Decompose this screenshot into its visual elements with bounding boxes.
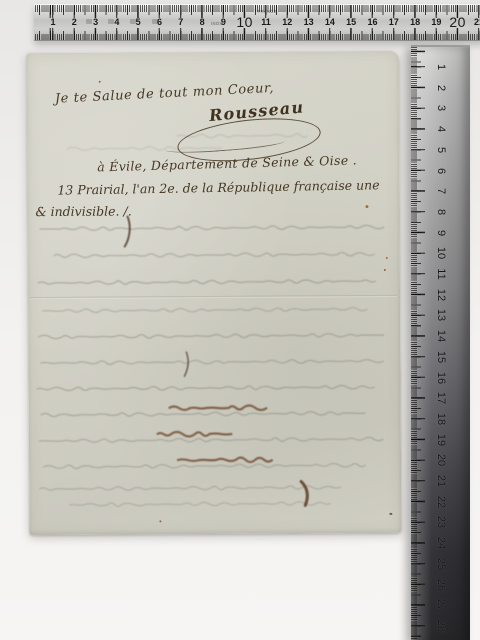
- ruler-number: 14: [435, 330, 447, 342]
- foxing-speck: [384, 269, 386, 271]
- ruler-number: 23: [435, 516, 447, 528]
- date-line-continuation: & indivisible. /.: [35, 204, 131, 220]
- ruler-number: 5: [435, 147, 447, 153]
- photo-stage: Je te Salue de tout mon Coeur, Rousseau …: [0, 0, 480, 640]
- ruler-number: 25: [435, 558, 447, 570]
- ruler-number: 10: [236, 14, 253, 30]
- ruler-number: 11: [435, 268, 447, 279]
- ruler-number: 12: [435, 289, 447, 301]
- ruler-number: 2: [435, 85, 447, 91]
- foxing-speck: [159, 520, 161, 522]
- ruler-number: 19: [431, 17, 441, 27]
- ruler-number: 28: [435, 620, 447, 632]
- ruler-number: 13: [304, 17, 314, 27]
- ruler-number: 5: [136, 17, 141, 27]
- ruler-number: 16: [435, 371, 447, 383]
- ruler-number: 21: [474, 17, 480, 27]
- etched-logo: [86, 19, 92, 24]
- ruler-number: 27: [435, 599, 447, 611]
- ruler-number: 8: [200, 17, 205, 27]
- ruler-number: 14: [325, 17, 335, 27]
- ruler-number: 6: [157, 17, 162, 27]
- ruler-number: 17: [389, 17, 399, 27]
- ruler-number: 20: [435, 454, 447, 466]
- horizontal-ruler: INOX FRANCE 1234567891011121314151617181…: [34, 4, 480, 41]
- vertical-ruler: 1234567891011121314151617181920212223242…: [411, 45, 470, 640]
- ruler-number: 18: [435, 413, 447, 425]
- ruler-number: 19: [435, 433, 447, 445]
- ruler-number: 4: [114, 17, 119, 27]
- foxing-speck: [389, 513, 392, 515]
- ruler-number: 4: [435, 126, 447, 132]
- ruler-number: 11: [261, 17, 271, 27]
- ruler-number: 3: [93, 17, 98, 27]
- ruler-number: 24: [435, 537, 447, 549]
- ruler-number: 12: [282, 17, 292, 27]
- ruler-number: 3: [435, 105, 447, 111]
- foxing-speck: [386, 257, 388, 259]
- manuscript-paper: Je te Salue de tout mon Coeur, Rousseau …: [27, 51, 402, 535]
- ruler-number: 21: [435, 475, 447, 487]
- ruler-number: 7: [435, 188, 447, 194]
- etched-logo: [108, 19, 114, 24]
- france-label: FRANCE: [258, 9, 277, 14]
- ruler-number: 9: [221, 17, 226, 27]
- ruler-ticks-cm: [34, 28, 480, 40]
- ruler-ticks-cm: [411, 47, 425, 640]
- ruler-number: 22: [435, 496, 447, 508]
- ruler-number: 1: [50, 17, 55, 27]
- foxing-speck: [365, 205, 368, 208]
- ruler-number: 13: [435, 309, 447, 321]
- foxing-speck: [99, 81, 101, 83]
- ruler-number: 18: [410, 17, 420, 27]
- ruler-number: 9: [435, 230, 447, 236]
- ruler-number: 2: [72, 17, 77, 27]
- ruler-number: 15: [435, 351, 447, 363]
- ruler-number: 7: [178, 17, 183, 27]
- ruler-number: 26: [435, 578, 447, 590]
- ruler-number: 20: [449, 14, 466, 30]
- ruler-number: 15: [346, 17, 356, 27]
- ruler-number: 6: [435, 167, 447, 173]
- ruler-number: 16: [367, 17, 377, 27]
- ruler-number: 10: [435, 247, 447, 259]
- ruler-number: 17: [435, 392, 447, 404]
- ruler-number: 1: [435, 64, 447, 70]
- ruler-number: 8: [435, 209, 447, 215]
